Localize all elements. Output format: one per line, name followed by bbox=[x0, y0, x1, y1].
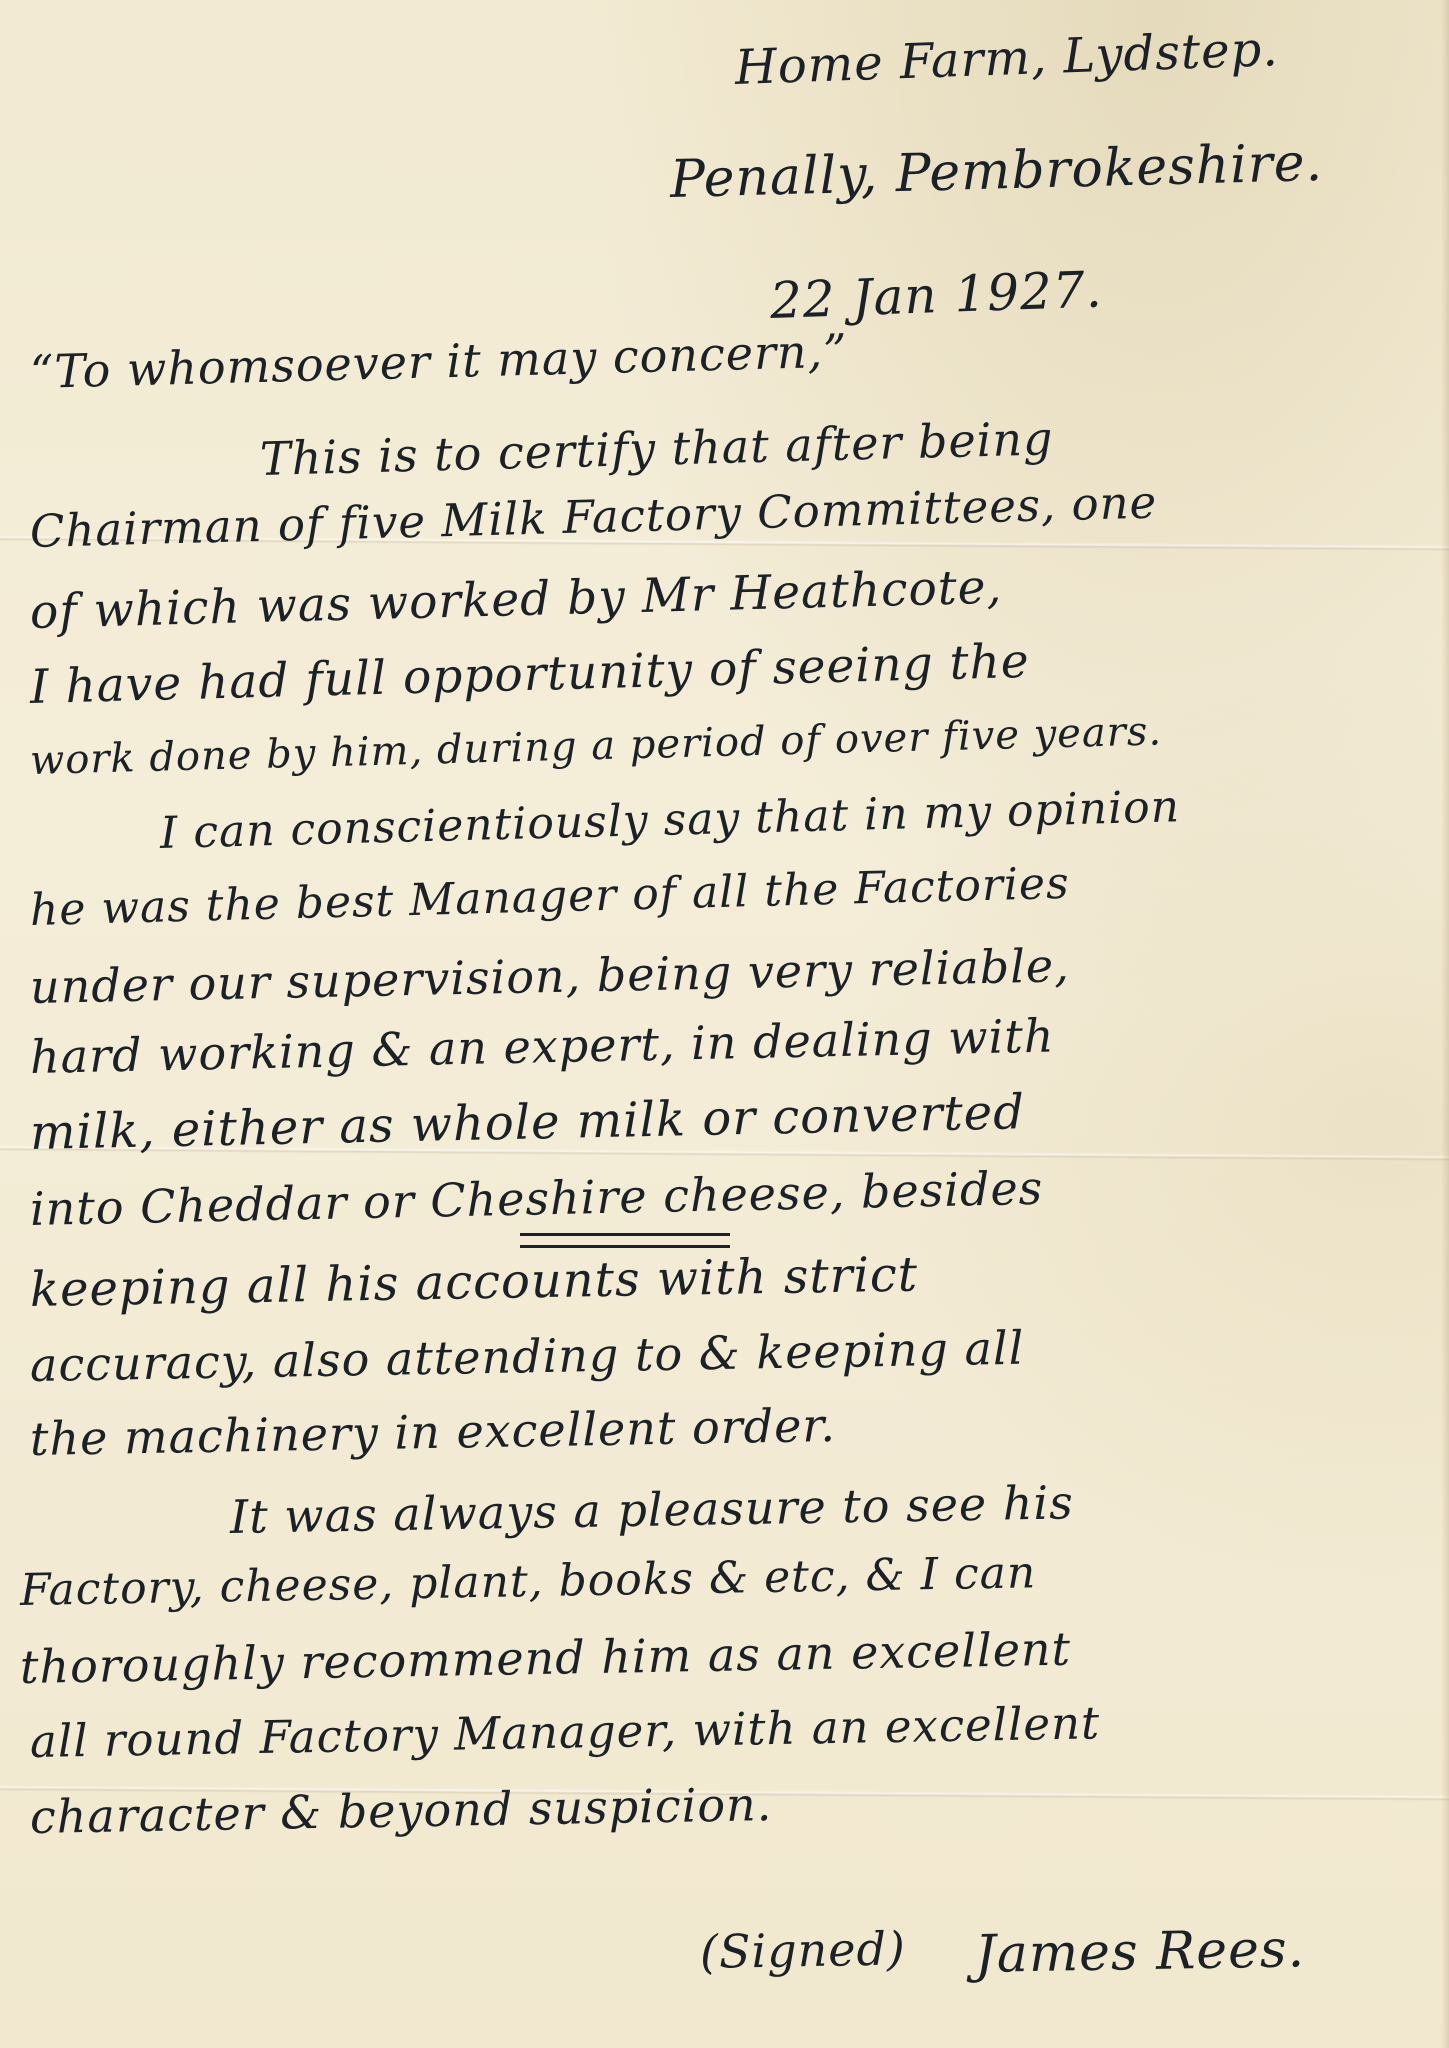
body-line: This is to certify that after being bbox=[259, 411, 1054, 486]
body-line: all round Factory Manager, with an excel… bbox=[30, 1696, 1101, 1768]
body-line: thoroughly recommend him as an excellent bbox=[20, 1622, 1072, 1694]
body-line: work done by him, during a period of ove… bbox=[29, 708, 1162, 784]
letter-date: 22 Jan 1927. bbox=[769, 260, 1103, 330]
cheshire-double-underline bbox=[520, 1233, 730, 1248]
signature-prefix: (Signed) bbox=[700, 1921, 907, 1979]
letter-paper: Home Farm, Lydstep. Penally, Pembrokeshi… bbox=[0, 0, 1449, 2048]
body-line: milk, either as whole milk or converted bbox=[29, 1084, 1025, 1161]
body-line: hard working & an expert, in dealing wit… bbox=[29, 1009, 1055, 1084]
body-line: It was always a pleasure to see his bbox=[230, 1475, 1075, 1544]
body-line: I can conscientiously say that in my opi… bbox=[159, 781, 1180, 859]
paper-edge bbox=[1441, 0, 1449, 2048]
body-line: into Cheddar or Cheshire cheese, besides bbox=[29, 1161, 1043, 1236]
body-line: accuracy, also attending to & keeping al… bbox=[30, 1321, 1025, 1392]
body-line: character & beyond suspicion. bbox=[30, 1777, 773, 1844]
body-line: keeping all his accounts with strict bbox=[30, 1247, 919, 1318]
signature-name: James Rees. bbox=[974, 1919, 1305, 1985]
address-line-2: Penally, Pembrokeshire. bbox=[669, 133, 1324, 210]
address-line-1: Home Farm, Lydstep. bbox=[734, 21, 1279, 96]
body-line: Factory, cheese, plant, books & etc, & I… bbox=[20, 1547, 1037, 1616]
body-line: I have had full opportunity of seeing th… bbox=[29, 634, 1030, 715]
body-line: he was the best Manager of all the Facto… bbox=[29, 858, 1070, 936]
body-line: of which was worked by Mr Heathcote, bbox=[29, 560, 1003, 640]
body-line: under our supervision, being very reliab… bbox=[29, 938, 1070, 1014]
body-line: the machinery in excellent order. bbox=[30, 1398, 837, 1466]
salutation: “To whomsoever it may concern,” bbox=[29, 324, 848, 399]
